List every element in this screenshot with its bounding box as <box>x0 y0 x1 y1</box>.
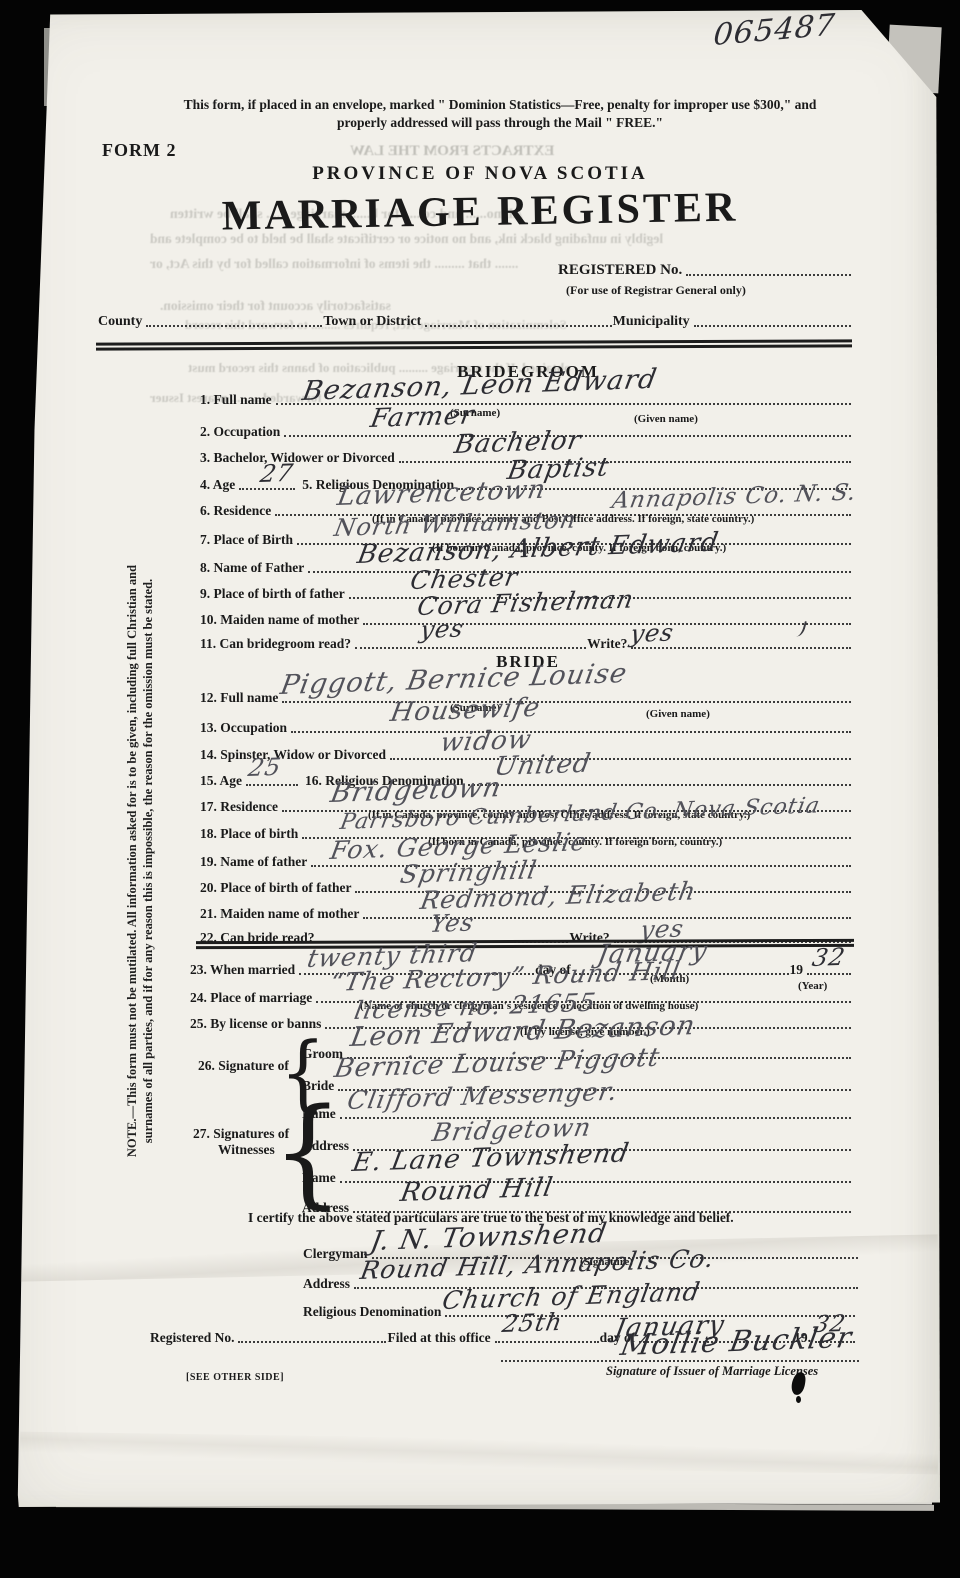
field-label: 10. Maiden name of mother <box>200 612 362 628</box>
dotted-line <box>425 323 611 327</box>
groom-read-write-row: 11. Can bridegroom read? Write? <box>200 636 852 652</box>
bride-occupation-value: Housewife <box>388 693 543 728</box>
field-label: Address <box>303 1276 353 1292</box>
dotted-line <box>308 569 851 573</box>
dotted-line <box>399 459 851 463</box>
field-label: Name <box>302 1106 339 1122</box>
groom-read-value: yes <box>418 615 466 644</box>
field-label: 1. Full name <box>200 392 275 408</box>
dotted-line <box>291 729 851 733</box>
dotted-line <box>146 323 322 327</box>
witness2-address-value: Round Hill <box>398 1173 556 1208</box>
registered-no-label: REGISTERED No. <box>558 262 685 279</box>
filed-day-value: 25th <box>500 1308 565 1338</box>
dotted-line <box>282 699 851 703</box>
sidebar-note: NOTE.—This form must not be mutilated. A… <box>124 521 156 1201</box>
bride-denomination-value: United <box>492 749 593 782</box>
bleedthrough-text: satisfactorily account for their omissio… <box>160 298 391 314</box>
field-label: 4. Age <box>200 477 238 493</box>
field-label: 17. Residence <box>200 799 281 815</box>
county-label: County <box>98 314 145 330</box>
field-label: 18. Place of birth <box>200 826 301 842</box>
given-name-caption: (Given name) <box>646 708 710 720</box>
field-label: 7. Place of Birth <box>200 532 296 548</box>
bride-age-value: 25 <box>246 753 284 782</box>
dotted-line <box>311 863 851 867</box>
municipality-label: Municipality <box>613 314 693 330</box>
scan-background: { "page": { "corner_number": "065487" },… <box>0 0 960 1578</box>
dotted-line <box>238 1339 386 1343</box>
dotted-line <box>495 1339 599 1343</box>
field-label: Write? <box>587 636 630 652</box>
sidebar-note-line2: surnames of all parties, and if for any … <box>140 521 156 1201</box>
field-label: 22. Can bride read? <box>200 930 318 946</box>
dotted-line <box>340 1115 851 1119</box>
dotted-line <box>246 782 298 786</box>
field-label: Name <box>302 1170 339 1186</box>
registrar-note: (For use of Registrar General only) <box>566 283 746 298</box>
witnesses-label-line2: Witnesses <box>218 1142 275 1158</box>
field-label: 6. Residence <box>200 503 274 519</box>
field-label: 14. Spinster, Widow or Divorced <box>200 747 389 763</box>
field-label: Religious Denomination <box>303 1304 444 1320</box>
field-label: Clergyman <box>303 1246 371 1262</box>
town-district-label: Town or District <box>323 314 424 330</box>
sidebar-note-line1: NOTE.—This form must not be mutilated. A… <box>124 521 140 1201</box>
dotted-line <box>355 645 586 649</box>
dotted-line <box>468 782 851 786</box>
bleedthrough-text: ....... that ......... the items of info… <box>150 256 518 272</box>
field-label: 21. Maiden name of mother <box>200 906 362 922</box>
bride-read-value: Yes <box>428 909 477 938</box>
groom-age-value: 27 <box>258 459 296 488</box>
dotted-line <box>694 323 851 327</box>
signature-of-label: 26. Signature of <box>198 1058 289 1074</box>
groom-write-value: yes <box>628 619 676 648</box>
field-label: Filed at this office <box>387 1330 493 1346</box>
field-label: 19. Name of father <box>200 854 310 870</box>
field-label: 19 <box>790 962 807 978</box>
dotted-line <box>686 272 851 276</box>
field-label: 24. Place of marriage <box>190 990 315 1006</box>
field-label: Address <box>302 1138 352 1154</box>
bleedthrough-text: EXTRACTS FROM THE LAW <box>350 143 554 160</box>
mail-notice-line2: properly addressed will pass through the… <box>140 115 860 131</box>
issuer-caption: Signature of Issuer of Marriage Licenses <box>606 1364 818 1379</box>
field-label: 9. Place of birth of father <box>200 586 348 602</box>
registered-no-row: REGISTERED No. <box>558 262 852 279</box>
field-label: 2. Occupation <box>200 424 283 440</box>
field-label: 20. Place of birth of father <box>200 880 354 896</box>
field-label: 11. Can bridegroom read? <box>200 636 354 652</box>
ink-blot-small <box>796 1396 801 1403</box>
field-label: 8. Name of Father <box>200 560 307 576</box>
year-value: 32 <box>810 943 848 972</box>
form-number-label: FORM 2 <box>102 140 176 161</box>
field-label: 15. Age <box>200 773 245 789</box>
province-heading: PROVINCE OF NOVA SCOTIA <box>150 163 810 185</box>
bride-residence-value: Bridgetown <box>328 772 504 809</box>
field-label: Registered No. <box>150 1330 237 1346</box>
field-label: 3. Bachelor, Widower or Divorced <box>200 450 398 466</box>
field-label: 12. Full name <box>200 690 281 706</box>
field-label: 23. When married <box>190 962 298 978</box>
county-row: County Town or District Municipality <box>98 314 852 330</box>
mail-notice-line1: This form, if placed in an envelope, mar… <box>140 97 860 113</box>
field-label: 13. Occupation <box>200 720 290 736</box>
see-other-side-label: [SEE OTHER SIDE] <box>186 1372 284 1383</box>
